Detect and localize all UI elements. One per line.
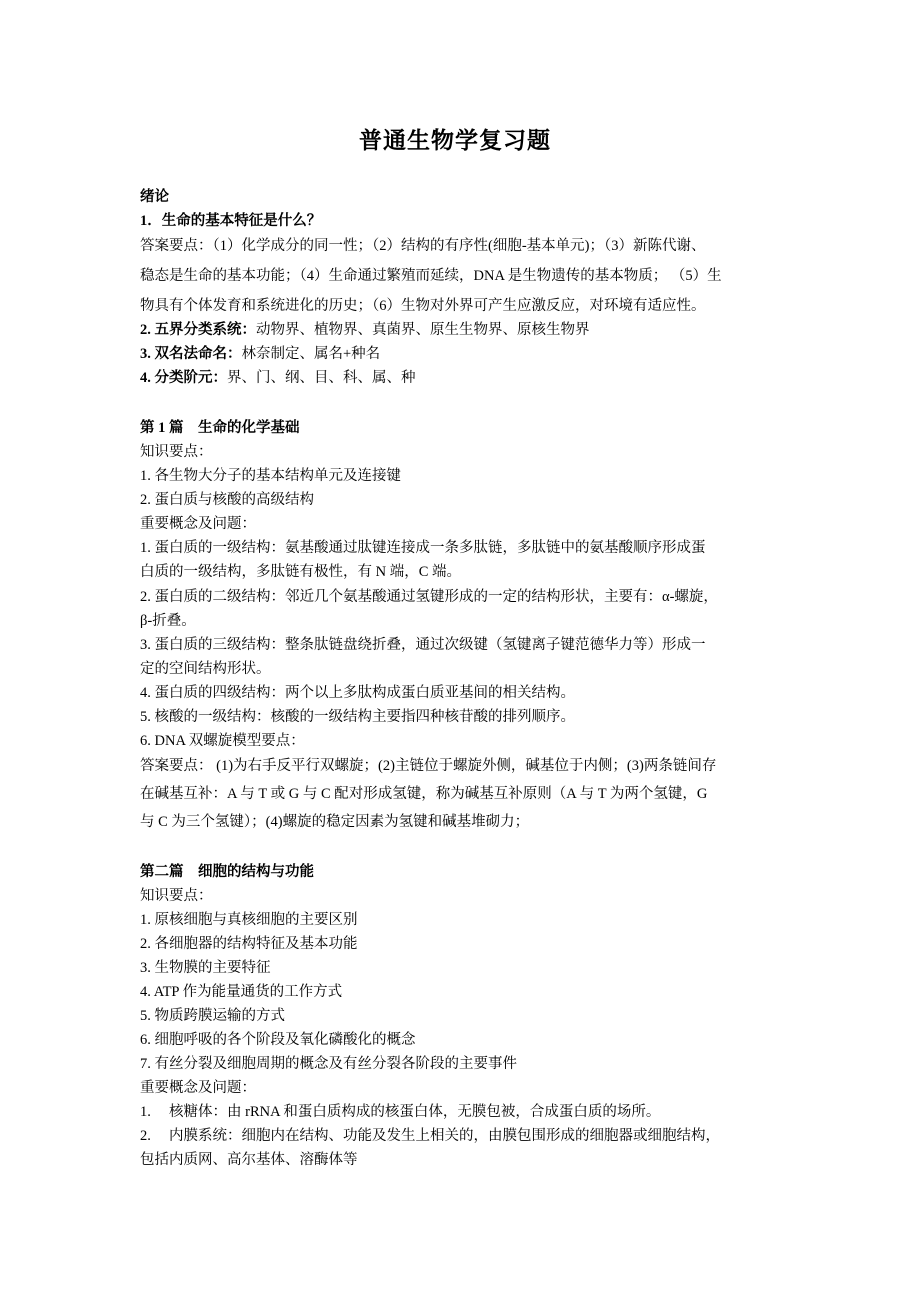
intro-item: 3. 双名法命名：林奈制定、属名+种名 xyxy=(140,344,380,364)
knowledge-item: 1. 各生物大分子的基本结构单元及连接键 xyxy=(140,466,401,486)
knowledge-label: 知识要点： xyxy=(140,886,213,906)
concept-line: β-折叠。 xyxy=(140,611,196,631)
knowledge-item: 3. 生物膜的主要特征 xyxy=(140,958,271,978)
knowledge-item: 6. 细胞呼吸的各个阶段及氧化磷酸化的概念 xyxy=(140,1030,416,1050)
concept-line: 1. 核糖体：由 rRNA 和蛋白质构成的核蛋白体，无膜包被，合成蛋白质的场所。 xyxy=(140,1102,660,1122)
item-text: 动物界、植物界、真菌界、原生生物界、原核生物界 xyxy=(256,322,590,338)
knowledge-item: 5. 物质跨膜运输的方式 xyxy=(140,1006,285,1026)
concept-line: 2. 内膜系统：细胞内在结构、功能及发生上相关的，由膜包围形成的细胞器或细胞结构… xyxy=(140,1126,720,1146)
item-text: 林奈制定、属名+种名 xyxy=(242,346,381,362)
concept-line: 4. 蛋白质的四级结构：两个以上多肽构成蛋白质亚基间的相关结构。 xyxy=(140,683,575,703)
concept-line: 2. 蛋白质的二级结构：邻近几个氨基酸通过氢键形成的一定的结构形状，主要有：α-… xyxy=(140,587,718,607)
knowledge-item: 4. ATP 作为能量通货的工作方式 xyxy=(140,982,342,1002)
section-heading-intro: 绪论 xyxy=(140,187,169,207)
concept-line: 包括内质网、高尔基体、溶酶体等 xyxy=(140,1150,358,1170)
concept-line: 白质的一级结构，多肽链有极性，有 N 端，C 端。 xyxy=(140,562,461,582)
concepts-label: 重要概念及问题： xyxy=(140,514,256,534)
concept-line: 在碱基互补：A 与 T 或 G 与 C 配对形成氢键，称为碱基互补原则（A 与 … xyxy=(140,784,707,804)
answer-line: 稳态是生命的基本功能；（4）生命通过繁殖而延续，DNA 是生物遗传的基本物质； … xyxy=(140,266,722,286)
section-heading-part2: 第二篇 细胞的结构与功能 xyxy=(140,862,314,882)
concept-line: 答案要点： (1)为右手反平行双螺旋；(2)主链位于螺旋外侧，碱基位于内侧；(3… xyxy=(140,756,716,776)
intro-item: 4. 分类阶元：界、门、纲、目、科、属、种 xyxy=(140,368,416,388)
section-heading-part1: 第 1 篇 生命的化学基础 xyxy=(140,418,300,438)
item-label: 4. 分类阶元： xyxy=(140,370,227,386)
concept-line: 与 C 为三个氢键）；(4)螺旋的稳定因素为氢键和碱基堆砌力； xyxy=(140,812,529,832)
knowledge-label: 知识要点： xyxy=(140,442,213,462)
concept-line: 3. 蛋白质的三级结构：整条肽链盘绕折叠，通过次级键（氢键离子键范德华力等）形成… xyxy=(140,635,706,655)
item-text: 界、门、纲、目、科、属、种 xyxy=(227,370,416,386)
item-label: 3. 双名法命名： xyxy=(140,346,242,362)
item-label: 2. 五界分类系统： xyxy=(140,322,256,338)
question-1: 1．生命的基本特征是什么？ xyxy=(140,211,321,231)
concept-line: 6. DNA 双螺旋模型要点： xyxy=(140,731,305,751)
concept-line: 1. 蛋白质的一级结构：氨基酸通过肽键连接成一条多肽链，多肽链中的氨基酸顺序形成… xyxy=(140,538,706,558)
intro-item: 2. 五界分类系统：动物界、植物界、真菌界、原生生物界、原核生物界 xyxy=(140,320,590,340)
knowledge-item: 2. 各细胞器的结构特征及基本功能 xyxy=(140,934,358,954)
concept-line: 定的空间结构形状。 xyxy=(140,659,271,679)
knowledge-item: 7. 有丝分裂及细胞周期的概念及有丝分裂各阶段的主要事件 xyxy=(140,1054,517,1074)
document-title: 普通生物学复习题 xyxy=(140,122,770,155)
concepts-label: 重要概念及问题： xyxy=(140,1078,256,1098)
answer-line: 答案要点：（1）化学成分的同一性；（2）结构的有序性(细胞-基本单元)；（3）新… xyxy=(140,236,705,256)
concept-line: 5. 核酸的一级结构：核酸的一级结构主要指四种核苷酸的排列顺序。 xyxy=(140,707,575,727)
answer-line: 物具有个体发育和系统进化的历史；（6）生物对外界可产生应激反应，对环境有适应性。 xyxy=(140,296,706,316)
knowledge-item: 2. 蛋白质与核酸的高级结构 xyxy=(140,490,314,510)
knowledge-item: 1. 原核细胞与真核细胞的主要区别 xyxy=(140,910,358,930)
